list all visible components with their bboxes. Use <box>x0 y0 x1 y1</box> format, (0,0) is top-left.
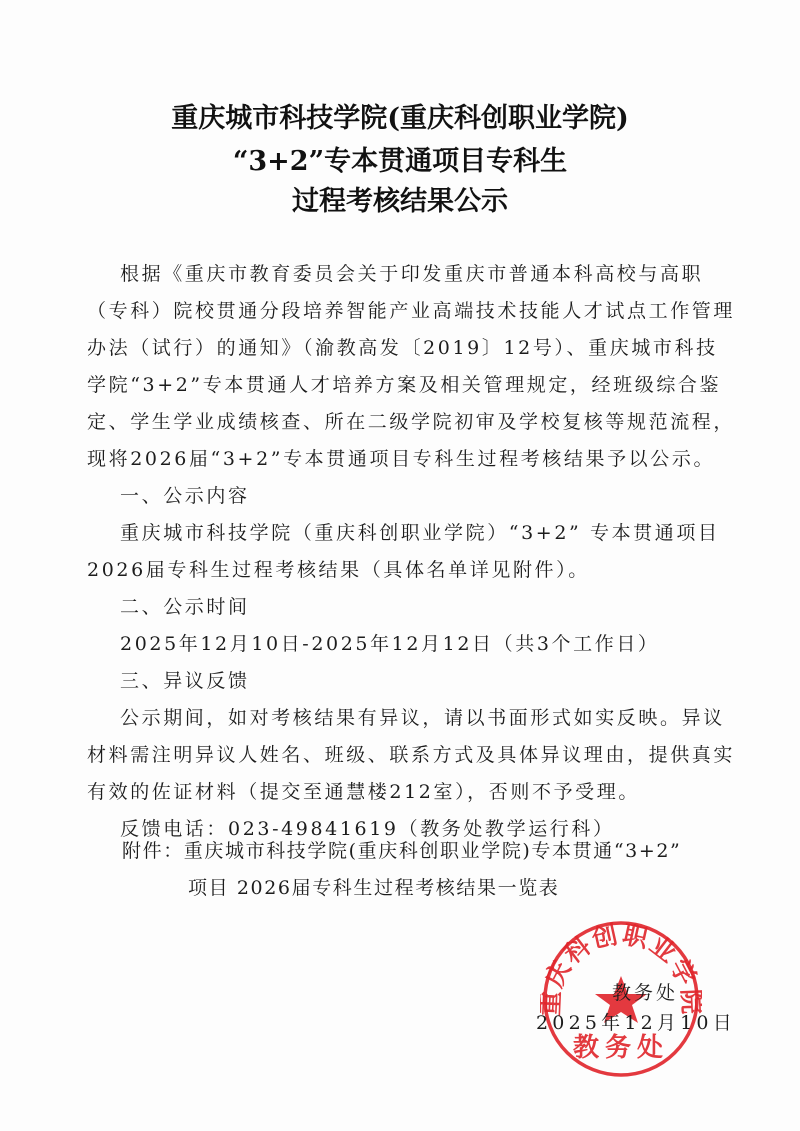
attachment-line-1: 附件：重庆城市科技学院(重庆科创职业学院)专本贯通“3+2” <box>122 836 752 863</box>
section-line: 重庆城市科技学院（重庆科创职业学院）“3+2” 专本贯通项目 <box>120 518 750 545</box>
body-line: 办法（试行）的通知》（渝教高发〔2019〕12号）、重庆城市科技 <box>87 333 717 360</box>
section-line: 公示期间，如对考核结果有异议，请以书面形式如实反映。异议 <box>120 703 750 730</box>
body-line: 定、学生学业成绩核查、所在二级学院初审及学校复核等规范流程， <box>87 407 717 434</box>
body-line: 根据《重庆市教育委员会关于印发重庆市普通本科高校与高职 <box>120 259 750 286</box>
document-page: 重庆城市科技学院(重庆科创职业学院) “3+2”专本贯通项目专科生 过程考核结果… <box>0 0 800 1131</box>
section-line: 有效的佐证材料（提交至通慧楼212室），否则不予受理。 <box>87 777 717 804</box>
title-line-2: “3+2”专本贯通项目专科生 <box>0 139 800 178</box>
section-line: 材料需注明异议人姓名、班级、联系方式及具体异议理由，提供真实 <box>87 740 717 767</box>
title-line-1: 重庆城市科技学院(重庆科创职业学院) <box>0 96 800 135</box>
section-heading-feedback: 三、异议反馈 <box>120 666 750 693</box>
signature-office: 教务处 <box>612 978 678 1005</box>
body-line: 学院“3+2”专本贯通人才培养方案及相关管理规定，经班级综合鉴 <box>87 370 717 397</box>
attachment-line-2: 项目 2026届专科生过程考核结果一览表 <box>188 873 800 900</box>
signature-date: 2025年12月10日 <box>536 1008 736 1035</box>
section-line: 2026届专科生过程考核结果（具体名单详见附件）。 <box>87 555 717 582</box>
body-line: （专科）院校贯通分段培养智能产业高端技术技能人才试点工作管理 <box>87 296 717 323</box>
body-line: 现将2026届“3+2”专本贯通项目专科生过程考核结果予以公示。 <box>87 444 717 471</box>
section-heading-content: 一、公示内容 <box>120 481 750 508</box>
title-line-3: 过程考核结果公示 <box>0 179 800 218</box>
section-heading-time: 二、公示时间 <box>120 592 750 619</box>
section-line: 2025年12月10日-2025年12月12日（共3个工作日） <box>120 629 750 656</box>
svg-text:教务处: 教务处 <box>573 1032 669 1063</box>
